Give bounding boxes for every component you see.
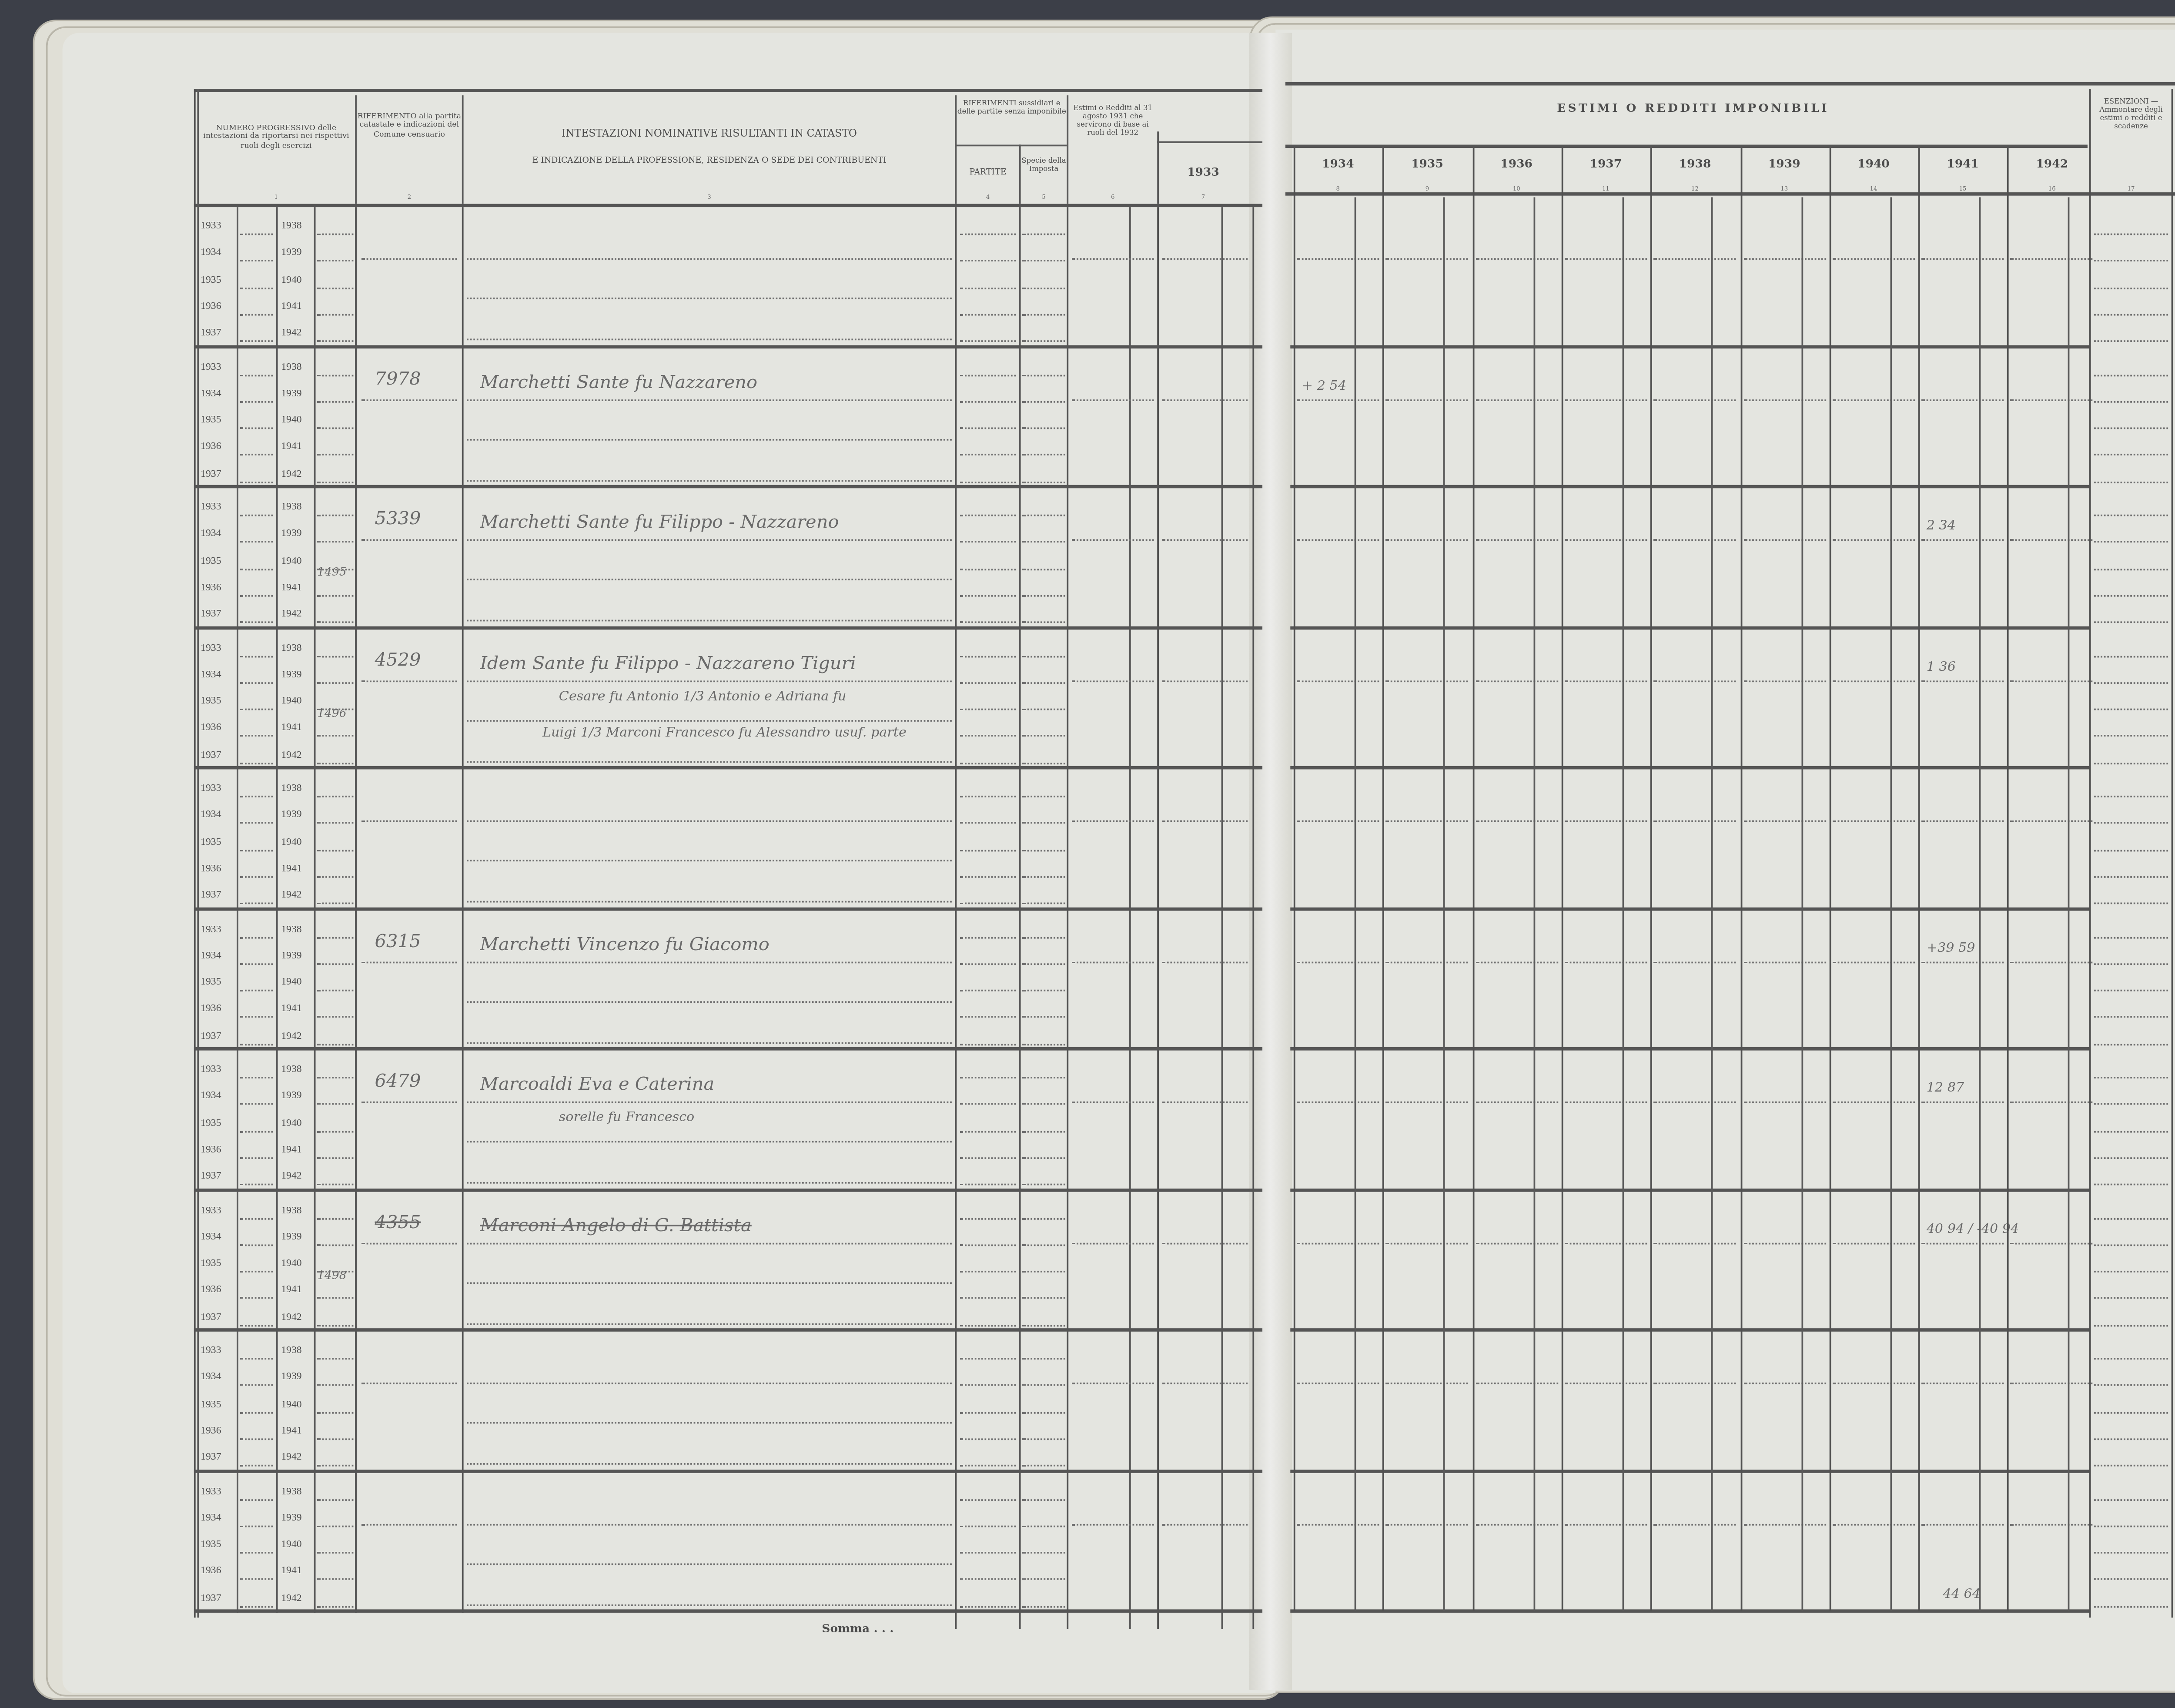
year-label: 1942	[281, 890, 302, 901]
year-label: 1940	[281, 1539, 302, 1550]
header-annotazioni: ANNOTAZIONI	[2173, 127, 2175, 138]
year-label: 1936	[201, 582, 221, 593]
col-number: 10	[1472, 186, 1561, 192]
year-label: 1937	[201, 328, 221, 339]
year-label: 1938	[281, 783, 302, 794]
year-label: 1941	[281, 301, 302, 312]
total-label: Somma . . .	[822, 1623, 953, 1636]
year-label: 1933	[201, 642, 221, 653]
taxpayer-name: Marchetti Vincenzo fu Giacomo	[480, 933, 769, 954]
col-number: 4	[957, 194, 1019, 201]
side-number: 1495	[317, 566, 346, 579]
year-label: 1941	[281, 1285, 302, 1296]
right-page	[1275, 30, 2175, 1690]
header-1933: 1933	[1159, 166, 1248, 179]
year-label: 1941	[281, 1425, 302, 1437]
year-label: 1933	[201, 1064, 221, 1075]
taxpayer-name: Idem Sante fu Filippo - Nazzareno Tiguri	[480, 652, 856, 673]
header-year-1936: 1936	[1472, 158, 1561, 171]
col-number: 11	[1561, 186, 1650, 192]
year-label: 1935	[201, 415, 221, 426]
year-label: 1942	[281, 1452, 302, 1463]
partita-number: 5339	[375, 508, 421, 529]
year-label: 1935	[201, 274, 221, 285]
partita-number: 6479	[375, 1070, 421, 1092]
amount-1941: 40 94 / -40 94	[1927, 1221, 2019, 1236]
year-label: 1933	[201, 1485, 221, 1497]
year-label: 1942	[281, 609, 302, 620]
year-label: 1939	[281, 1231, 302, 1242]
col-number: 5	[1021, 194, 1067, 201]
year-label: 1938	[281, 1345, 302, 1356]
year-label: 1934	[201, 1372, 221, 1383]
taxpayer-name: Marcoaldi Eva e Caterina	[480, 1073, 714, 1095]
header-riferimento: RIFERIMENTO alla partita catastale e ind…	[357, 114, 462, 140]
taxpayer-name: Marchetti Sante fu Filippo - Nazzareno	[480, 511, 839, 532]
col-number: 12	[1651, 186, 1740, 192]
year-label: 1935	[201, 1539, 221, 1550]
year-label: 1939	[281, 247, 302, 258]
year-label: 1940	[281, 696, 302, 707]
header-specie-imposta: Specie della Imposta	[1021, 158, 1067, 174]
year-label: 1942	[281, 1171, 302, 1182]
year-label: 1941	[281, 863, 302, 874]
amount-1934: + 2 54	[1302, 377, 1346, 392]
col-number: 6	[1068, 194, 1157, 201]
year-label: 1939	[281, 1372, 302, 1383]
partita-number: 6315	[375, 930, 421, 951]
taxpayer-name: Marchetti Sante fu Nazzareno	[480, 371, 757, 392]
ledger-scan: NUMERO PROGRESSIVO delle intestazioni da…	[0, 0, 2175, 1708]
header-year-1939: 1939	[1740, 158, 1829, 171]
header-year-1937: 1937	[1561, 158, 1650, 171]
col-number: 15	[1918, 186, 2007, 192]
year-label: 1936	[201, 301, 221, 312]
header-indicazione: E INDICAZIONE DELLA PROFESSIONE, RESIDEN…	[464, 158, 955, 167]
header-estimi-imponibili: ESTIMI O REDDITI IMPONIBILI	[1315, 102, 2071, 115]
year-label: 1939	[281, 388, 302, 399]
header-year-1940: 1940	[1829, 158, 1918, 171]
year-label: 1942	[281, 328, 302, 339]
year-label: 1934	[201, 809, 221, 821]
year-label: 1933	[201, 361, 221, 372]
year-label: 1941	[281, 722, 302, 733]
total-amount-1941: 44 64	[1943, 1586, 1981, 1601]
taxpayer-name: Marconi Angelo di G. Battista	[480, 1214, 751, 1236]
col-number: 18	[2173, 186, 2175, 192]
header-year-1941: 1941	[1918, 158, 2007, 171]
year-label: 1935	[201, 1117, 221, 1129]
year-label: 1934	[201, 1090, 221, 1102]
year-label: 1933	[201, 923, 221, 934]
header-year-1934: 1934	[1294, 158, 1382, 171]
header-estimi-1931: Estimi o Redditi al 31 agosto 1931 che s…	[1068, 105, 1157, 139]
side-number: 1496	[317, 706, 346, 719]
col-number: 7	[1159, 194, 1248, 201]
header-partite: PARTITE	[957, 169, 1019, 179]
year-label: 1937	[201, 468, 221, 479]
year-label: 1940	[281, 1398, 302, 1410]
year-label: 1941	[281, 441, 302, 452]
year-label: 1934	[201, 1512, 221, 1524]
year-label: 1939	[281, 1090, 302, 1102]
left-page	[63, 33, 1276, 1693]
year-label: 1934	[201, 1231, 221, 1242]
form-title: Mod. 111 - Imposte Dirette (Intercalare)…	[2071, 54, 2175, 63]
header-riferimenti: RIFERIMENTI sussidiari e delle partite s…	[957, 100, 1067, 117]
taxpayer-name: Luigi 1/3 Marconi Francesco fu Alessandr…	[542, 724, 907, 739]
year-label: 1933	[201, 783, 221, 794]
year-label: 1937	[201, 1030, 221, 1042]
year-label: 1935	[201, 555, 221, 566]
year-label: 1941	[281, 1003, 302, 1015]
year-label: 1937	[201, 749, 221, 760]
year-label: 1942	[281, 1311, 302, 1323]
year-label: 1936	[201, 863, 221, 874]
year-label: 1940	[281, 555, 302, 566]
year-label: 1940	[281, 274, 302, 285]
book-gutter	[1249, 33, 1292, 1690]
year-label: 1940	[281, 1258, 302, 1269]
year-label: 1939	[281, 1512, 302, 1524]
header-year-1942: 1942	[2008, 158, 2096, 171]
year-label: 1937	[201, 890, 221, 901]
year-label: 1936	[201, 1566, 221, 1577]
amount-1941: 12 87	[1927, 1080, 1964, 1095]
year-label: 1936	[201, 441, 221, 452]
partita-number: 7978	[375, 368, 421, 389]
year-label: 1941	[281, 582, 302, 593]
year-label: 1936	[201, 1003, 221, 1015]
year-label: 1933	[201, 220, 221, 231]
year-label: 1939	[281, 528, 302, 539]
col-number: 3	[464, 194, 955, 201]
year-label: 1934	[201, 247, 221, 258]
year-label: 1942	[281, 468, 302, 479]
header-year-1935: 1935	[1383, 158, 1472, 171]
partita-number: 4529	[375, 649, 421, 670]
header-intestazioni: INTESTAZIONI NOMINATIVE RISULTANTI IN CA…	[464, 128, 955, 140]
year-label: 1942	[281, 1030, 302, 1042]
year-label: 1940	[281, 1117, 302, 1129]
year-label: 1934	[201, 528, 221, 539]
year-label: 1938	[281, 361, 302, 372]
year-label: 1934	[201, 388, 221, 399]
year-label: 1937	[201, 1592, 221, 1604]
year-label: 1937	[201, 1311, 221, 1323]
amount-1941: 2 34	[1927, 518, 1956, 532]
amount-1941: +39 59	[1927, 940, 1975, 954]
year-label: 1941	[281, 1144, 302, 1155]
year-label: 1935	[201, 1258, 221, 1269]
year-label: 1938	[281, 1485, 302, 1497]
year-label: 1938	[281, 502, 302, 513]
year-label: 1934	[201, 669, 221, 680]
taxpayer-name: Cesare fu Antonio 1/3 Antonio e Adriana …	[559, 688, 847, 703]
year-label: 1938	[281, 1064, 302, 1075]
year-label: 1938	[281, 1204, 302, 1216]
year-label: 1936	[201, 1425, 221, 1437]
side-number: 1498	[317, 1268, 346, 1281]
taxpayer-name: sorelle fu Francesco	[559, 1110, 695, 1125]
col-number: 17	[2091, 186, 2172, 192]
year-label: 1940	[281, 977, 302, 988]
header-esenzioni: ESENZIONI — Ammontare degli estimi o red…	[2091, 99, 2172, 132]
year-label: 1935	[201, 696, 221, 707]
col-number: 8	[1294, 186, 1382, 192]
year-label: 1936	[201, 1144, 221, 1155]
year-label: 1938	[281, 220, 302, 231]
year-label: 1941	[281, 1566, 302, 1577]
year-label: 1934	[201, 950, 221, 961]
year-label: 1935	[201, 836, 221, 847]
year-label: 1939	[281, 669, 302, 680]
year-label: 1938	[281, 642, 302, 653]
col-number: 16	[2008, 186, 2096, 192]
col-number: 14	[1829, 186, 1918, 192]
year-label: 1933	[201, 1345, 221, 1356]
year-label: 1936	[201, 1285, 221, 1296]
year-label: 1939	[281, 809, 302, 821]
col-number: 1	[197, 194, 355, 201]
year-label: 1933	[201, 1204, 221, 1216]
year-label: 1937	[201, 609, 221, 620]
year-label: 1935	[201, 977, 221, 988]
year-label: 1937	[201, 1452, 221, 1463]
year-label: 1942	[281, 749, 302, 760]
year-label: 1939	[281, 950, 302, 961]
amount-1941: 1 36	[1927, 658, 1956, 673]
header-year-1938: 1938	[1651, 158, 1740, 171]
year-label: 1942	[281, 1592, 302, 1604]
year-label: 1940	[281, 415, 302, 426]
year-label: 1937	[201, 1171, 221, 1182]
col-number: 9	[1383, 186, 1472, 192]
partita-number: 4355	[375, 1211, 421, 1232]
col-number: 13	[1740, 186, 1829, 192]
year-label: 1935	[201, 1398, 221, 1410]
year-label: 1933	[201, 502, 221, 513]
year-label: 1938	[281, 923, 302, 934]
year-label: 1940	[281, 836, 302, 847]
header-numero-progressivo: NUMERO PROGRESSIVO delle intestazioni da…	[197, 125, 355, 151]
year-label: 1936	[201, 722, 221, 733]
col-number: 2	[357, 194, 462, 201]
